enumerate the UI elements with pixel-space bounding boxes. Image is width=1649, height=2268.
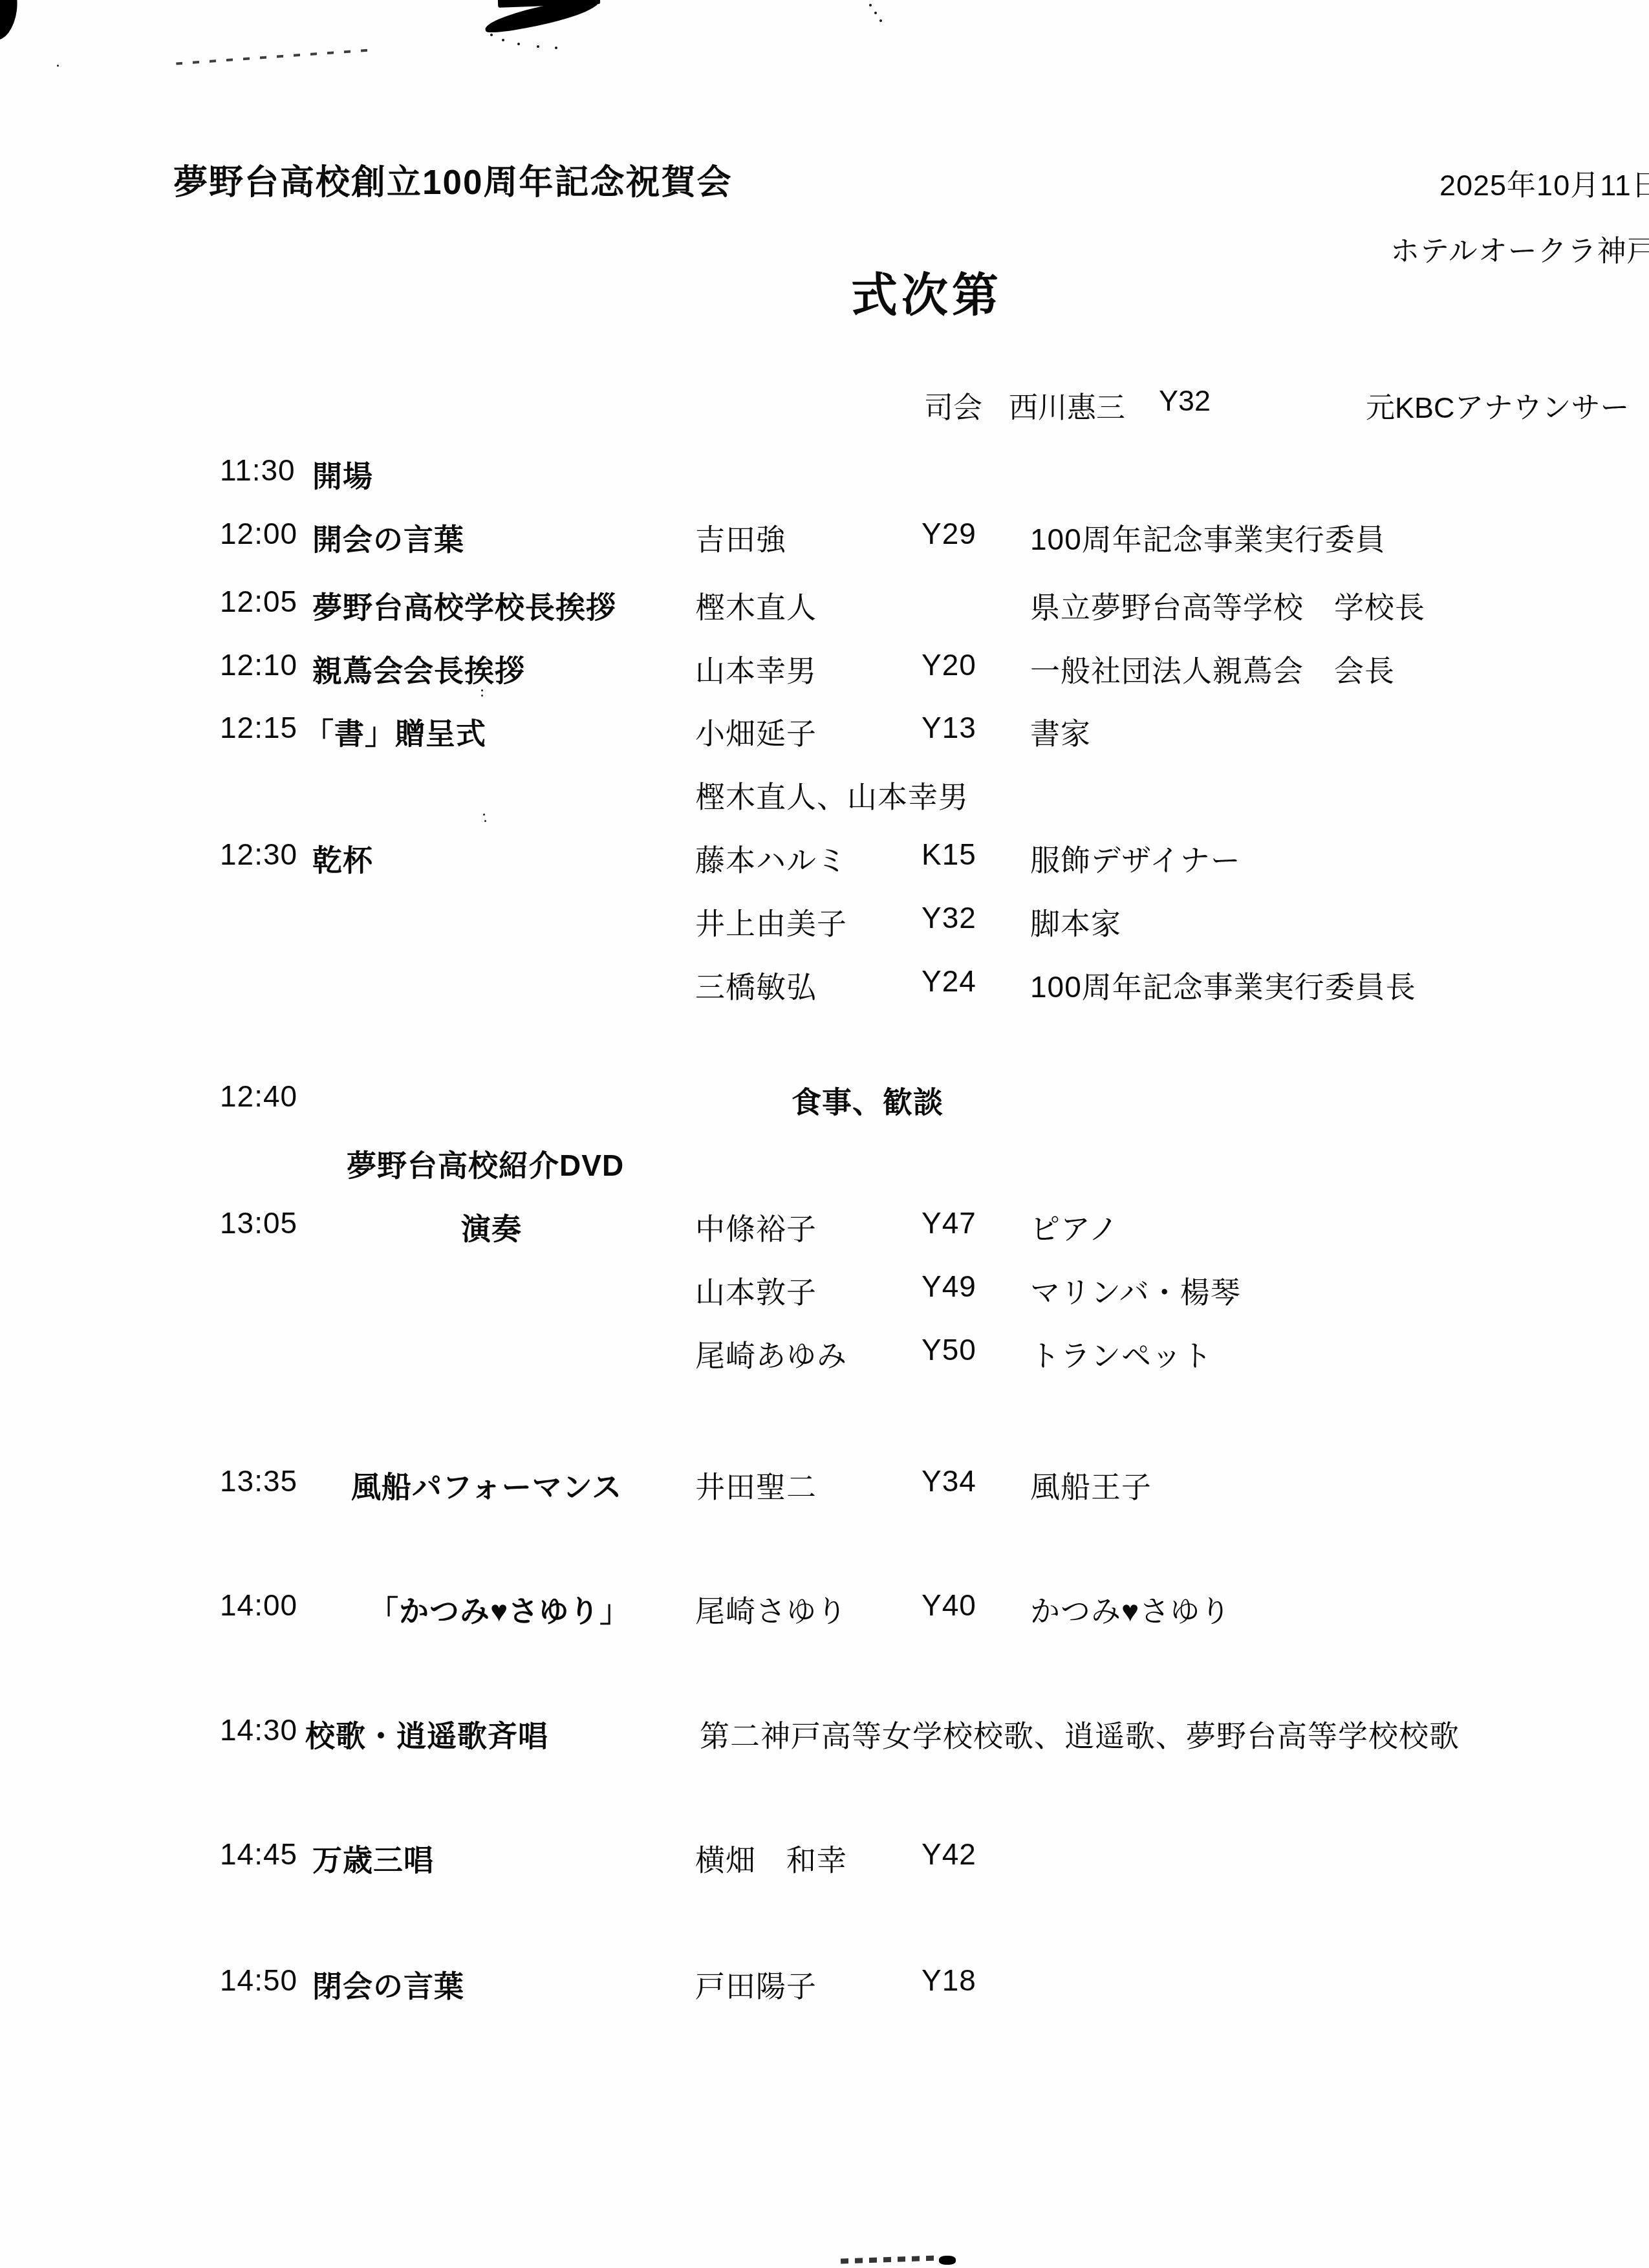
schedule-title: 書家 — [1030, 710, 1091, 753]
schedule-event: 親蔦会会長挨拶 — [312, 647, 525, 690]
schedule-title: かつみ♥さゆり — [1030, 1588, 1231, 1630]
schedule-name: 井上由美子 — [695, 900, 847, 943]
schedule-row: 11:30 開場 — [0, 453, 1649, 498]
schedule-title: 風船王子 — [1030, 1463, 1152, 1506]
schedule-time: 12:00 — [220, 516, 297, 551]
scanned-document-page: 夢野台高校創立100周年記念祝賀会 2025年10月11日 ホテルオークラ神戸 … — [0, 0, 1649, 2268]
program-heading: 式次第 — [851, 257, 1002, 325]
schedule-row: 14:45 万歳三唱 横畑 和幸 Y42 — [0, 1837, 1649, 1882]
schedule-year: Y40 — [921, 1588, 976, 1623]
schedule-title: 100周年記念事業実行委員 — [1030, 516, 1386, 559]
schedule-event: 乾杯 — [312, 837, 373, 880]
schedule-title: 100周年記念事業実行委員長 — [1030, 964, 1416, 1006]
schedule-time: 12:15 — [220, 710, 297, 745]
schedule-name: 樫木直人、山本幸男 — [695, 773, 969, 816]
schedule-row: 14:50 閉会の言葉 戸田陽子 Y18 — [0, 1963, 1649, 2008]
schedule-event: 閉会の言葉 — [312, 1963, 464, 2005]
schedule-title: トランペット — [1030, 1332, 1212, 1375]
schedule-time: 14:30 — [220, 1712, 297, 1747]
schedule-row: 13:35 風船パフォーマンス 井田聖二 Y34 風船王子 — [0, 1463, 1649, 1509]
schedule-row: 三橋敏弘 Y24 100周年記念事業実行委員長 — [0, 964, 1649, 1009]
mc-line: 司会 西川惠三 Y32 元KBCアナウンサー — [0, 384, 1649, 423]
schedule-year: Y42 — [921, 1837, 976, 1872]
schedule-title: ピアノ — [1030, 1205, 1119, 1248]
schedule-time: 14:45 — [220, 1837, 297, 1872]
scan-artifact-dot — [481, 689, 483, 691]
schedule-name: 藤本ハルミ — [695, 837, 847, 880]
scan-artifact-right-speckles — [869, 4, 872, 6]
schedule-name: 戸田陽子 — [695, 1963, 817, 2005]
schedule-year: Y49 — [921, 1269, 976, 1304]
schedule-name: 井田聖二 — [695, 1463, 817, 1506]
schedule-title: 脚本家 — [1030, 900, 1121, 943]
schedule-row: 尾崎あゆみ Y50 トランペット — [0, 1332, 1649, 1377]
schedule-name: 山本幸男 — [695, 647, 817, 690]
mc-year: Y32 — [1159, 384, 1211, 418]
schedule-title: マリンバ・楊琴 — [1030, 1269, 1241, 1312]
schedule-event: 夢野台高校学校長挨拶 — [312, 584, 616, 627]
schedule-row: 樫木直人、山本幸男 — [0, 773, 1649, 819]
schedule-time: 13:05 — [220, 1205, 297, 1240]
schedule-name: 樫木直人 — [695, 584, 817, 627]
schedule-name: 尾崎さゆり — [695, 1588, 847, 1630]
schedule-title: 服飾デザイナー — [1030, 837, 1241, 880]
schedule-event: 食事、歓談 — [792, 1079, 943, 1121]
schedule-time: 14:00 — [220, 1588, 297, 1623]
schedule-event: 風船パフォーマンス — [351, 1463, 622, 1506]
mc-name: 西川惠三 — [1009, 384, 1125, 426]
schedule-name: 三橋敏弘 — [695, 964, 817, 1006]
schedule-row: 12:40 食事、歓談 — [0, 1079, 1649, 1124]
schedule-title: 県立夢野台高等学校 学校長 — [1030, 584, 1425, 627]
schedule-time: 13:35 — [220, 1463, 297, 1498]
schedule-year: Y29 — [921, 516, 976, 551]
schedule-time: 12:30 — [220, 837, 297, 872]
schedule-name: 中條裕子 — [695, 1205, 817, 1248]
schedule-name: 尾崎あゆみ — [695, 1332, 847, 1375]
schedule-year: Y18 — [921, 1963, 976, 1998]
event-venue: ホテルオークラ神戸 — [1390, 228, 1649, 270]
schedule-time: 12:40 — [220, 1079, 297, 1114]
schedule-event: 「かつみ♥さゆり」 — [369, 1588, 630, 1630]
schedule-name: 山本敦子 — [695, 1269, 817, 1312]
schedule-year: Y34 — [921, 1463, 976, 1498]
schedule-year: Y32 — [921, 900, 976, 935]
schedule-row: 12:00 開会の言葉 吉田強 Y29 100周年記念事業実行委員 — [0, 516, 1649, 561]
mc-title: 元KBCアナウンサー — [1366, 384, 1630, 426]
schedule-year: Y13 — [921, 710, 976, 745]
schedule-row: 13:05 演奏 中條裕子 Y47 ピアノ — [0, 1205, 1649, 1251]
schedule-row: 14:30 校歌・逍遥歌斉唱 第二神戸高等女学校校歌、逍遥歌、夢野台高等学校校歌 — [0, 1712, 1649, 1758]
schedule-year: Y24 — [921, 964, 976, 999]
schedule-row: 12:10 親蔦会会長挨拶 山本幸男 Y20 一般社団法人親蔦会 会長 — [0, 647, 1649, 693]
schedule-row: 14:00 「かつみ♥さゆり」 尾崎さゆり Y40 かつみ♥さゆり — [0, 1588, 1649, 1633]
schedule-row: 夢野台高校紹介DVD — [0, 1142, 1649, 1187]
scan-artifact-bottom-dashes — [841, 2255, 938, 2263]
scan-artifact-dotted-trail — [176, 49, 370, 65]
schedule-row: 12:30 乾杯 藤本ハルミ K15 服飾デザイナー — [0, 837, 1649, 882]
schedule-time: 14:50 — [220, 1963, 297, 1998]
schedule-year: Y47 — [921, 1205, 976, 1240]
schedule-row: 山本敦子 Y49 マリンバ・楊琴 — [0, 1269, 1649, 1314]
schedule-row: 12:15 「書」贈呈式 小畑延子 Y13 書家 — [0, 710, 1649, 755]
schedule-event: 演奏 — [461, 1205, 522, 1248]
schedule-time: 12:10 — [220, 647, 297, 682]
schedule-time: 12:05 — [220, 584, 297, 619]
schedule-row: 12:05 夢野台高校学校長挨拶 樫木直人 県立夢野台高等学校 学校長 — [0, 584, 1649, 629]
schedule-year: Y50 — [921, 1332, 976, 1367]
schedule-name: 吉田強 — [695, 516, 786, 559]
scan-artifact-dot — [483, 814, 485, 815]
mc-label: 司会 — [924, 384, 982, 426]
scan-artifact-speckles — [490, 34, 493, 36]
scan-artifact-bottom-blob — [939, 2256, 956, 2265]
schedule-event: 校歌・逍遥歌斉唱 — [305, 1712, 548, 1755]
schedule-name: 小畑延子 — [695, 710, 817, 753]
schedule-event: 「書」贈呈式 — [304, 710, 486, 753]
scan-artifact-dot — [57, 65, 59, 67]
schedule-row: 井上由美子 Y32 脚本家 — [0, 900, 1649, 945]
schedule-event: 万歳三唱 — [312, 1837, 434, 1879]
scan-artifact-corner — [0, 0, 21, 42]
schedule-title: 一般社団法人親蔦会 会長 — [1030, 647, 1395, 690]
schedule-name: 第二神戸高等女学校校歌、逍遥歌、夢野台高等学校校歌 — [700, 1712, 1460, 1755]
document-title: 夢野台高校創立100周年記念祝賀会 — [173, 155, 732, 204]
event-date: 2025年10月11日 — [1439, 162, 1649, 204]
schedule-event: 夢野台高校紹介DVD — [347, 1142, 624, 1185]
schedule-event: 開場 — [312, 453, 373, 495]
schedule-name: 横畑 和幸 — [695, 1837, 847, 1879]
schedule-time: 11:30 — [220, 453, 296, 488]
schedule-year: K15 — [921, 837, 976, 872]
schedule-year: Y20 — [921, 647, 976, 682]
schedule-event: 開会の言葉 — [312, 516, 464, 559]
